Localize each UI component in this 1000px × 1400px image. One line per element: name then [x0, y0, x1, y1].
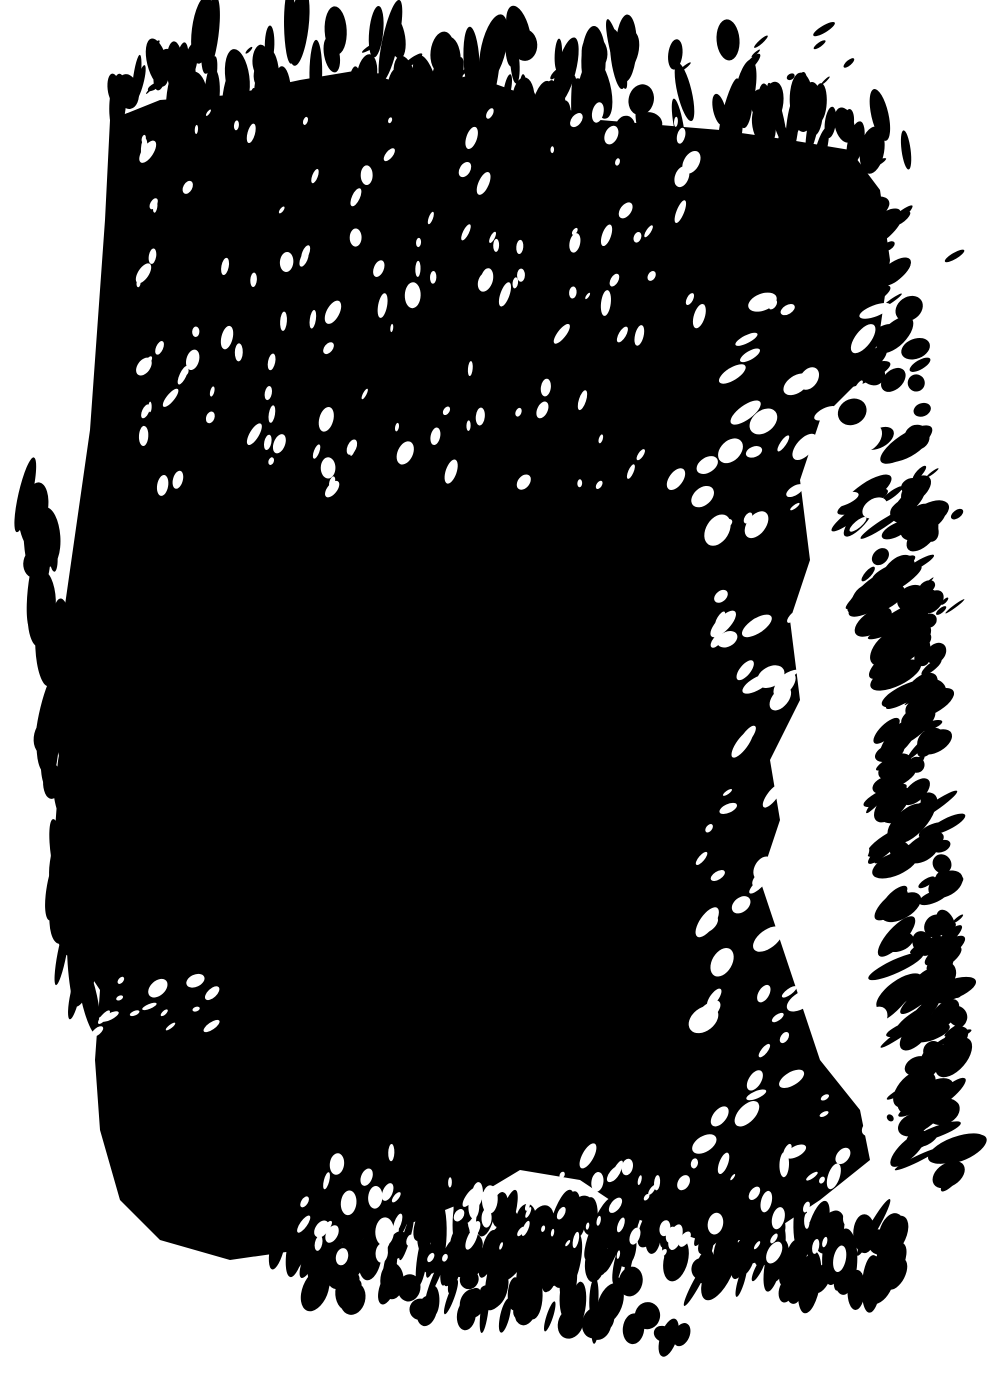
grunge-paint-texture [0, 0, 1000, 1400]
